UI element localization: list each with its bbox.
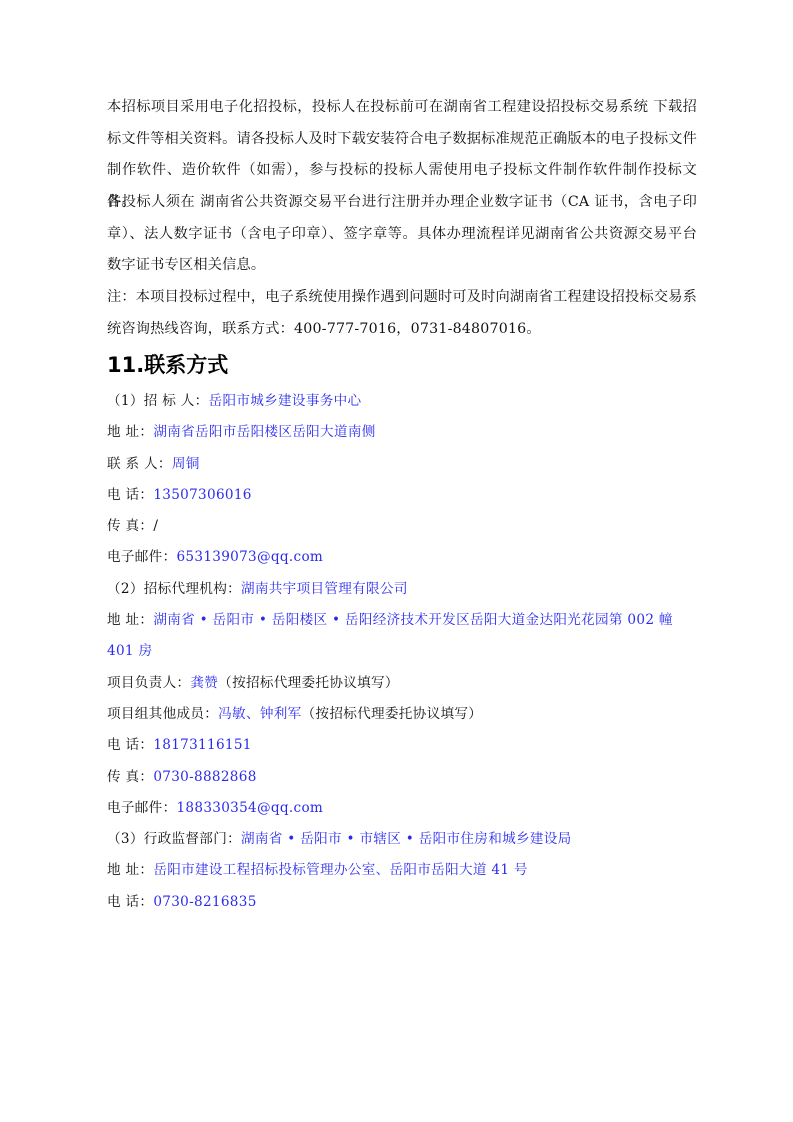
supervisor-value: 湖南省 • 岳阳市 • 市辖区 • 岳阳市住房和城乡建设局 — [241, 831, 572, 847]
agency-fax: 0730-8882868 — [153, 769, 256, 785]
agency-value: 湖南共宇项目管理有限公司 — [241, 581, 408, 597]
agency-fax-line: 传 真：0730-8882868 — [107, 762, 697, 793]
supervisor-line: （3）行政监督部门：湖南省 • 岳阳市 • 市辖区 • 岳阳市住房和城乡建设局 — [107, 824, 697, 855]
tenderer-label: （1）招 标 人： — [107, 393, 209, 409]
tenderer-address-line: 地 址：湖南省岳阳市岳阳楼区岳阳大道南侧 — [107, 417, 697, 448]
members-label: 项目组其他成员： — [107, 706, 218, 722]
contact-label: 联 系 人： — [107, 456, 172, 472]
agency-phone-line: 电 话：18173116151 — [107, 730, 697, 761]
agency-manager-note: （按招标代理委托协议填写） — [218, 675, 399, 691]
agency-email: 188330354@qq.com — [176, 800, 323, 816]
tenderer-line: （1）招 标 人：岳阳市城乡建设事务中心 — [107, 386, 697, 417]
agency-phone: 18173116151 — [153, 737, 251, 753]
address-label: 地 址： — [107, 424, 153, 440]
agency-label: （2）招标代理机构： — [107, 581, 241, 597]
phone-label: 电 话： — [107, 487, 153, 503]
fax-label: 传 真： — [107, 769, 153, 785]
tenderer-address: 湖南省岳阳市岳阳楼区岳阳大道南侧 — [153, 424, 375, 440]
agency-manager: 龚赞 — [190, 675, 218, 691]
tenderer-phone-line: 电 话：13507306016 — [107, 480, 697, 511]
tenderer-contact: 周铜 — [172, 456, 200, 472]
agency-address-line: 地 址：湖南省 • 岳阳市 • 岳阳楼区 • 岳阳经济技术开发区岳阳大道金达阳光… — [107, 605, 697, 668]
manager-label: 项目负责人： — [107, 675, 190, 691]
address-label: 地 址： — [107, 862, 153, 878]
email-label: 电子邮件： — [107, 549, 176, 565]
supervisor-address-line: 地 址：岳阳市建设工程招标投标管理办公室、岳阳市岳阳大道 41 号 — [107, 855, 697, 886]
agency-line: （2）招标代理机构：湖南共宇项目管理有限公司 — [107, 574, 697, 605]
fax-label: 传 真： — [107, 518, 153, 534]
agency-members: 冯敏、钟利军 — [218, 706, 301, 722]
intro-paragraph-hotline-note: 注：本项目投标过程中，电子系统使用操作遇到问题时可及时向湖南省工程建设招投标交易… — [107, 282, 697, 345]
agency-email-line: 电子邮件：188330354@qq.com — [107, 793, 697, 824]
contact-list: （1）招 标 人：岳阳市城乡建设事务中心 地 址：湖南省岳阳市岳阳楼区岳阳大道南… — [107, 386, 697, 918]
agency-manager-line: 项目负责人：龚赞（按招标代理委托协议填写） — [107, 668, 697, 699]
agency-members-note: （按招标代理委托协议填写） — [302, 706, 483, 722]
phone-label: 电 话： — [107, 737, 153, 753]
tenderer-phone: 13507306016 — [153, 487, 251, 503]
intro-paragraph-digital-certificate: 各投标人须在 湖南省公共资源交易平台进行注册并办理企业数字证书（CA 证书，含电… — [107, 187, 697, 282]
phone-label: 电 话： — [107, 894, 153, 910]
tenderer-value: 岳阳市城乡建设事务中心 — [209, 393, 362, 409]
tenderer-contact-line: 联 系 人：周铜 — [107, 449, 697, 480]
tenderer-email: 653139073@qq.com — [176, 549, 323, 565]
tenderer-fax: / — [153, 518, 158, 534]
tenderer-email-line: 电子邮件：653139073@qq.com — [107, 542, 697, 573]
supervisor-address: 岳阳市建设工程招标投标管理办公室、岳阳市岳阳大道 41 号 — [153, 862, 527, 878]
agency-address: 湖南省 • 岳阳市 • 岳阳楼区 • 岳阳经济技术开发区岳阳大道金达阳光花园第 … — [107, 612, 673, 659]
tenderer-fax-line: 传 真：/ — [107, 511, 697, 542]
agency-members-line: 项目组其他成员：冯敏、钟利军（按招标代理委托协议填写） — [107, 699, 697, 730]
supervisor-phone-line: 电 话：0730-8216835 — [107, 887, 697, 918]
supervisor-phone: 0730-8216835 — [153, 894, 256, 910]
email-label: 电子邮件： — [107, 800, 176, 816]
address-label: 地 址： — [107, 612, 153, 628]
supervisor-label: （3）行政监督部门： — [107, 831, 241, 847]
section-heading-contact: 11.联系方式 — [107, 349, 228, 381]
